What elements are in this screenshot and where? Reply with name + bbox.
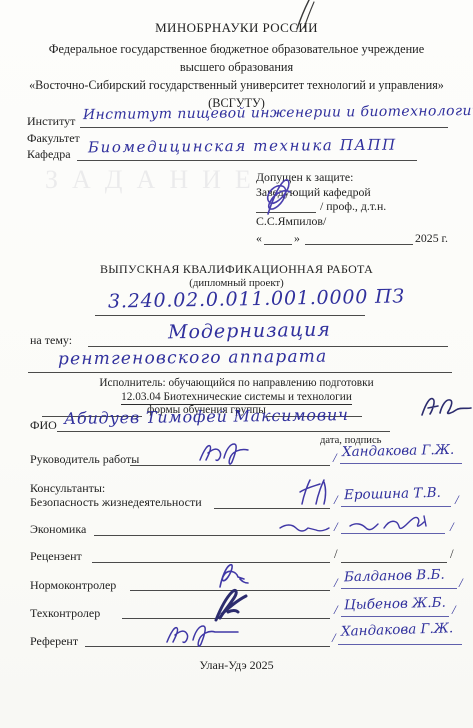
tech-control-signature <box>208 588 256 622</box>
supervisor-slash: / <box>333 450 337 466</box>
head-name: С.С.Ямпилов/ <box>256 214 326 229</box>
work-title: ВЫПУСКНАЯ КВАЛИФИКАЦИОННАЯ РАБОТА <box>0 262 473 277</box>
topic-line1-handwritten: Модернизация <box>168 319 331 344</box>
tech-control-label: Техконтролер <box>30 606 100 621</box>
faculty-label: Факультет <box>27 131 80 146</box>
department-label: Кафедра <box>27 147 71 162</box>
approval-year: 2025 г. <box>415 231 448 246</box>
referent-signature <box>165 620 239 648</box>
program-line: 12.03.04 Биотехнические системы и технол… <box>0 391 473 403</box>
norm-control-name-handwritten: Балданов В.Б. <box>344 567 445 586</box>
tech-slash-right: / <box>452 602 456 618</box>
safety-name-handwritten: Ерошина Т.В. <box>344 485 441 504</box>
org-name-line1: Федеральное государственное бюджетное об… <box>0 42 473 57</box>
supervisor-name-handwritten: Хандакова Г.Ж. <box>342 442 455 460</box>
safety-consultant-signature <box>296 478 330 508</box>
economics-name-scribble <box>348 512 434 534</box>
department-value-handwritten: Биомедицинская техника ПАПП <box>88 136 397 157</box>
referent-slash-left: / <box>332 630 336 646</box>
norm-slash-left: / <box>334 575 338 591</box>
org-name-line2: высшего образования <box>0 60 473 75</box>
ministry-title: МИНОБРНАУКИ РОССИИ <box>0 20 473 36</box>
student-signature <box>420 395 472 419</box>
consultants-header: Консультанты: <box>30 481 105 496</box>
university-name: «Восточно-Сибирский государственный унив… <box>0 78 473 93</box>
tech-slash-left: / <box>334 602 338 618</box>
norm-control-label: Нормоконтролер <box>30 578 116 593</box>
scanned-title-page: МИНОБРНАУКИ РОССИИ Федеральное государст… <box>0 0 473 728</box>
executor-line: Исполнитель: обучающийся по направлению … <box>0 377 473 389</box>
referent-label: Референт <box>30 634 78 649</box>
reviewer-slash-right: / <box>450 546 454 562</box>
supervisor-label: Руководитель работы <box>30 452 139 467</box>
safety-slash-left: / <box>334 492 338 508</box>
reviewer-slash-left: / <box>334 546 338 562</box>
document-code-handwritten: 3.240.02.0.011.001.0000 ПЗ <box>108 285 405 312</box>
topic-line2-handwritten: рентгеновского аппарата <box>58 347 328 370</box>
norm-slash-right: / <box>459 575 463 591</box>
topic-label: на тему: <box>30 333 72 348</box>
institute-value-handwritten: Институт пищевой инженерии и биотехнолог… <box>83 103 473 123</box>
safety-slash-right: / <box>455 492 459 508</box>
safety-label: Безопасность жизнедеятельности <box>30 495 202 510</box>
economics-label: Экономика <box>30 522 86 537</box>
fio-value-handwritten: Абидуев Тимофей Максимович <box>64 405 349 428</box>
date-quote-open: « <box>256 231 262 246</box>
economics-slash-left: / <box>334 519 338 535</box>
head-degree: / проф., д.т.н. <box>320 199 386 214</box>
referent-name-handwritten: Хандакова Г.Ж. <box>341 620 454 640</box>
economics-slash-right: / <box>450 519 454 535</box>
reviewer-label: Рецензент <box>30 549 82 564</box>
program-name: 12.03.04 Биотехнические системы и технол… <box>121 391 352 405</box>
bleedthrough-text: ЗАДАНИЕ <box>45 165 265 195</box>
institute-label: Институт <box>27 114 75 129</box>
fio-label: ФИО <box>30 418 57 433</box>
tech-control-name-handwritten: Цыбенов Ж.Б. <box>344 595 446 614</box>
supervisor-signature <box>198 440 254 466</box>
economics-consultant-signature <box>278 516 330 536</box>
city-year: Улан-Удэ 2025 <box>0 658 473 673</box>
date-quote-close: » <box>294 231 300 246</box>
head-of-department-signature <box>258 178 300 216</box>
norm-control-signature <box>210 563 250 591</box>
